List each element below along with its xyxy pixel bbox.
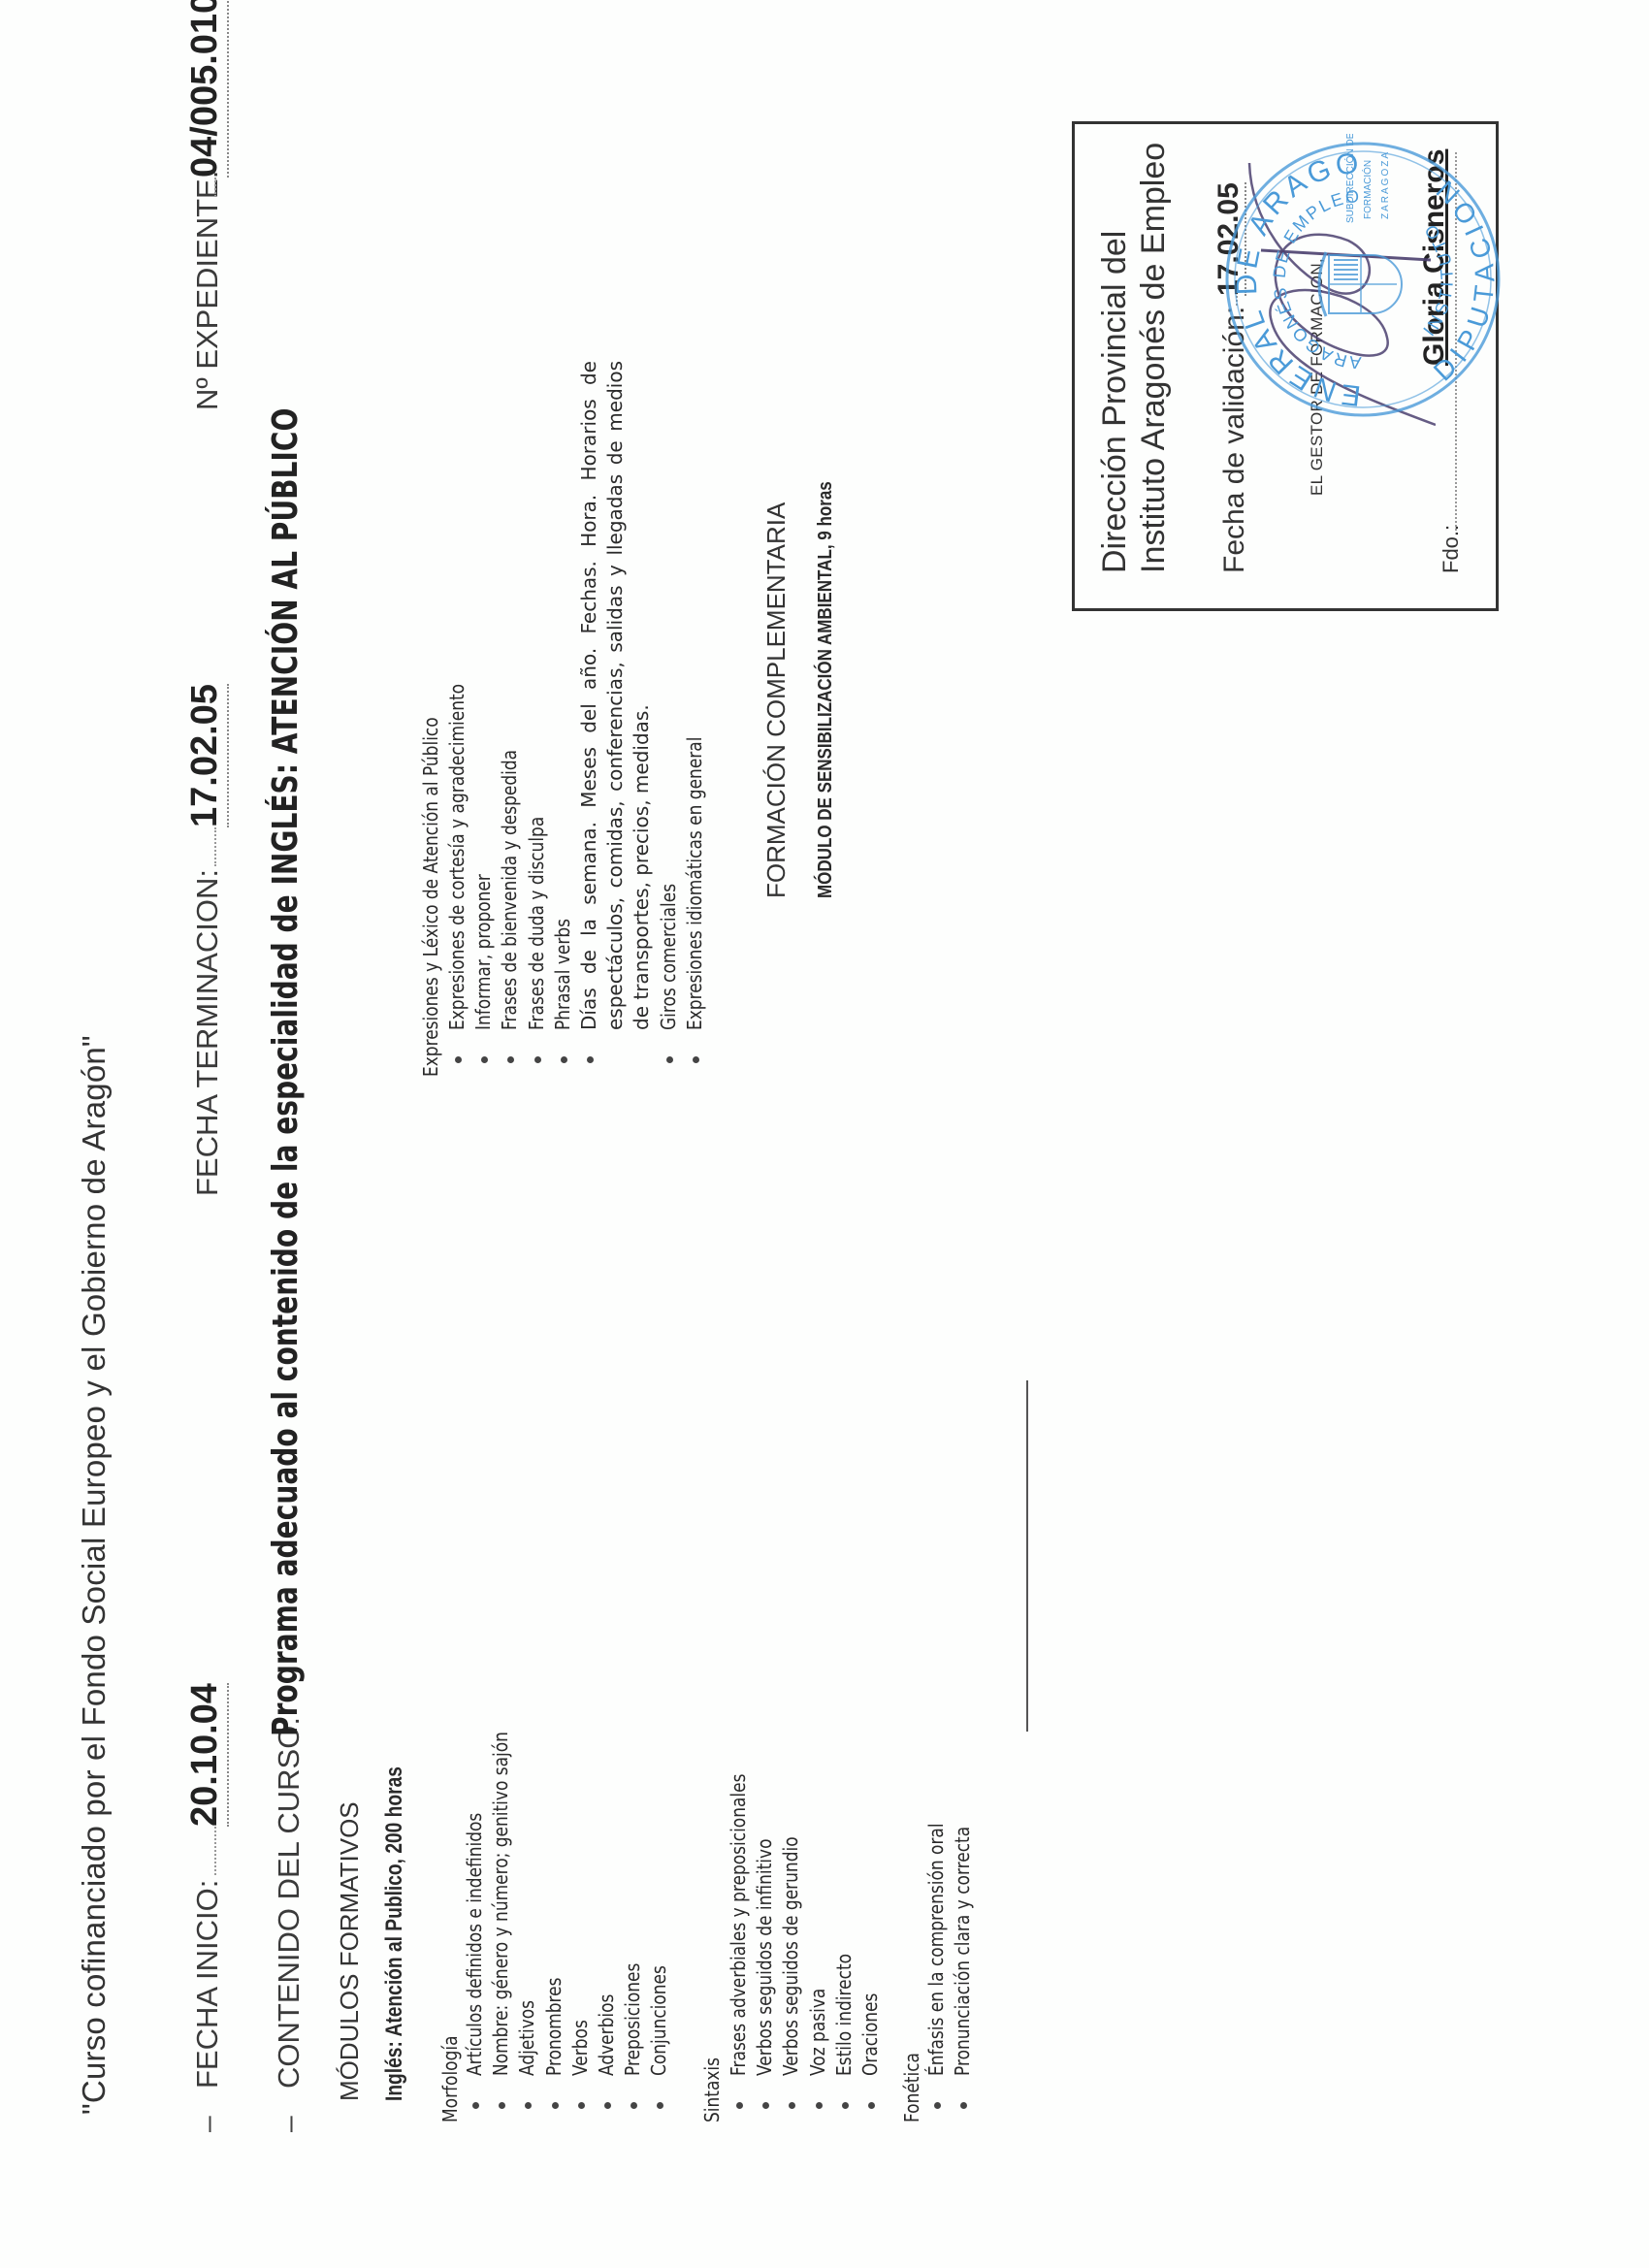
fecha-terminacion-field: 17.02.05 [184, 684, 226, 866]
complementaria-module: MÓDULO DE SENSIBILIZACIÓN AMBIENTAL, 9 h… [815, 481, 837, 898]
fonetica-label: Fonética [900, 2053, 923, 2122]
fonetica-list: Énfasis en la comprensión oral Pronuncia… [923, 1778, 976, 2122]
fecha-terminacion-value: 17.02.05 [184, 684, 229, 827]
list-item: Días de la semana. Meses del año. Fechas… [576, 361, 656, 1077]
fecha-inicio-field: 20.10.04 [184, 1683, 226, 1875]
complementaria-title: FORMACIÓN COMPLEMENTARIA [761, 502, 792, 898]
validation-line-2: Instituto Aragonés de Empleo [1135, 143, 1173, 573]
sintaxis-label: Sintaxis [700, 2057, 724, 2122]
expresiones-label: Expresiones y Léxico de Atención al Públ… [419, 717, 442, 1077]
list-item: Artículos definidos e indefinidos [462, 1670, 488, 2122]
list-item: Énfasis en la comprensión oral [923, 1778, 950, 2122]
expediente-field: 04/005.010 [184, 0, 226, 197]
bullet-dash: – [274, 2116, 307, 2132]
list-item: Expresiones de cortesía y agradecimiento [444, 361, 470, 1077]
official-stamp: GENERAL DE ARAGON DIPUTACION ARAGONÉS DE… [1217, 134, 1508, 425]
fecha-terminacion-label: FECHA TERMINACION: [190, 869, 225, 1196]
cofinancing-note: "Curso cofinanciado por el Fondo Social … [76, 1035, 113, 2115]
list-item: Preposiciones [620, 1670, 646, 2122]
list-item: Verbos seguidos de gerundio [778, 1721, 804, 2122]
contenido-value: Programa adecuado al contenido de la esp… [266, 408, 306, 1736]
list-item: Phrasal verbs [550, 361, 576, 1077]
coat-of-arms-icon [1319, 252, 1402, 316]
fdo-label: Fdo.: [1439, 525, 1464, 573]
list-item: Adjetivos [514, 1670, 540, 2122]
modulos-title: MÓDULOS FORMATIVOS [335, 1801, 365, 2101]
bullet-dash: – [192, 2116, 225, 2132]
list-item: Frases de duda y disculpa [524, 361, 550, 1077]
list-item: Pronombres [541, 1670, 567, 2122]
expresiones-list: Expresiones de cortesía y agradecimiento… [444, 361, 708, 1077]
svg-text:GENERAL DE ARAGON: GENERAL DE ARAGON [1217, 146, 1364, 425]
document-page: "Curso cofinanciado por el Fondo Social … [0, 0, 1649, 2268]
list-item: Informar, proponer [470, 361, 497, 1077]
list-item: Frases de bienvenida y despedida [497, 361, 523, 1077]
morfologia-label: Morfología [438, 2035, 462, 2122]
list-item: Giros comerciales [656, 361, 682, 1077]
svg-text:INSTITUTO: INSTITUTO [1419, 219, 1457, 340]
stamp-right-1: SUBDIRECCIÓN DE [1343, 134, 1356, 223]
stamp-inner-bottom: INSTITUTO [1419, 219, 1457, 340]
fecha-inicio-label: FECHA INICIO: [190, 1880, 225, 2089]
expediente-value: 04/005.010 [184, 0, 229, 178]
list-item: Pronunciación clara y correcta [950, 1778, 976, 2122]
list-item: Oraciones [857, 1721, 884, 2122]
modulo-subtitle: Inglés: Atención al Publico, 200 horas [381, 1766, 408, 2101]
list-item: Expresiones idiomáticas en general [682, 361, 708, 1077]
stamp-right-3: ZARAGOZA [1380, 150, 1391, 219]
sintaxis-list: Frases adverbiales y preposicionales Ver… [726, 1721, 884, 2122]
stamp-outer-top: GENERAL DE ARAGON [1217, 146, 1364, 425]
list-item: Conjunciones [646, 1670, 672, 2122]
stamp-right-2: FORMACIÓN [1361, 160, 1374, 219]
morfologia-list: Artículos definidos e indefinidos Nombre… [462, 1670, 673, 2122]
list-item: Nombre: género y número; genitivo sajón [488, 1670, 514, 2122]
contenido-label: CONTENIDO DEL CURSO: [272, 1717, 307, 2089]
list-item: Frases adverbiales y preposicionales [726, 1721, 752, 2122]
list-item: Adverbios [594, 1670, 620, 2122]
list-item: Verbos [567, 1670, 594, 2122]
fecha-inicio-value: 20.10.04 [184, 1683, 229, 1827]
separator-line [1026, 1380, 1028, 1732]
list-item: Voz pasiva [805, 1721, 831, 2122]
list-item: Estilo indirecto [831, 1721, 857, 2122]
validation-line-1: Dirección Provincial del [1096, 231, 1134, 573]
expediente-label: Nº EXPEDIENTE: [190, 171, 225, 410]
list-item: Verbos seguidos de infinitivo [752, 1721, 778, 2122]
